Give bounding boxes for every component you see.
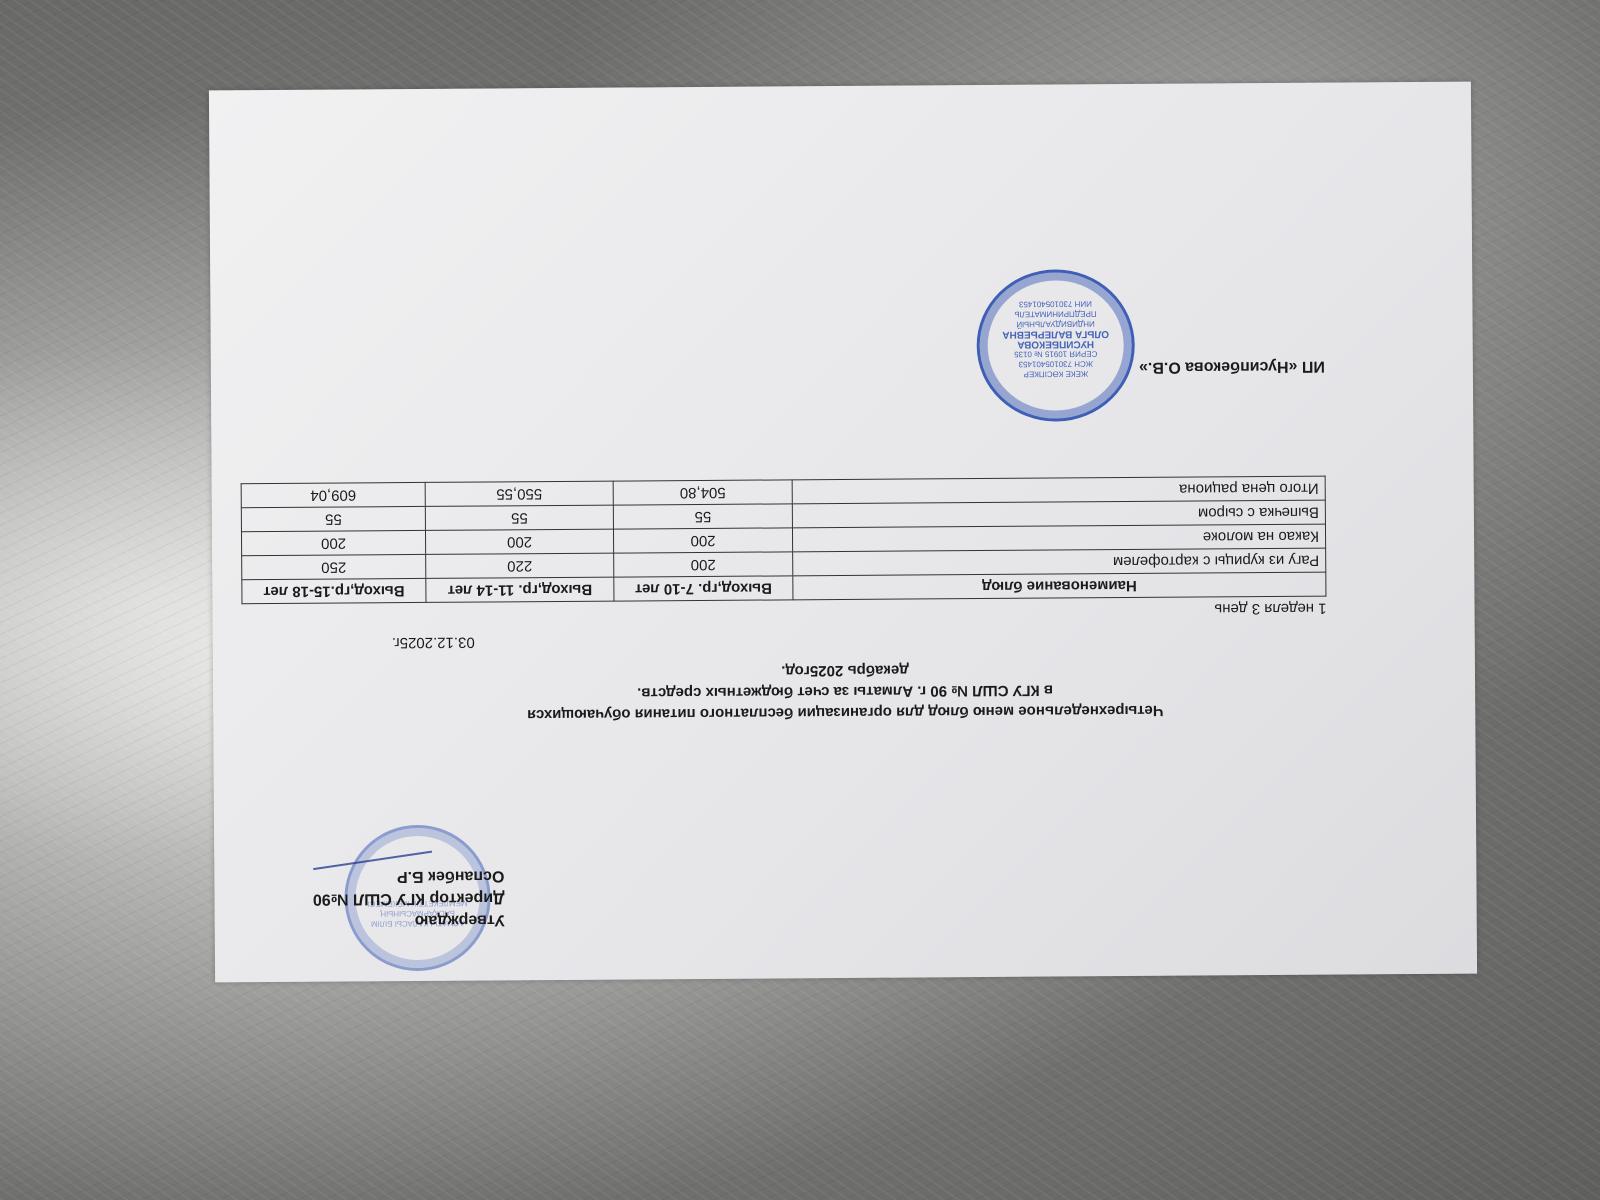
document-title: Четырехнедельное меню блюд для организац…: [495, 658, 1195, 726]
week-day-label: 1 неделя 3 день: [1214, 600, 1326, 618]
menu-document: АЛМАТЫ ҚАЛАСЫ БІЛІМ БАСҚАРМАСЫНЫҢ МЕМЛЕК…: [209, 82, 1477, 983]
approval-title: Утверждаю: [285, 908, 505, 932]
supplier-stamp-text: ЖЕКЕ КӘСІПКЕР ЖСН 730105401453 СЕРИЯ 109…: [997, 298, 1114, 379]
document-date: 03.12.2025г.: [392, 634, 475, 652]
supplier-name: ИП «Нусипбекова О.В.»: [1139, 357, 1325, 376]
supplier-stamp: ЖЕКЕ КӘСІПКЕР ЖСН 730105401453 СЕРИЯ 109…: [976, 269, 1135, 422]
menu-table: Наименование блюд Выход,гр. 7-10 лет Вых…: [241, 476, 1327, 605]
